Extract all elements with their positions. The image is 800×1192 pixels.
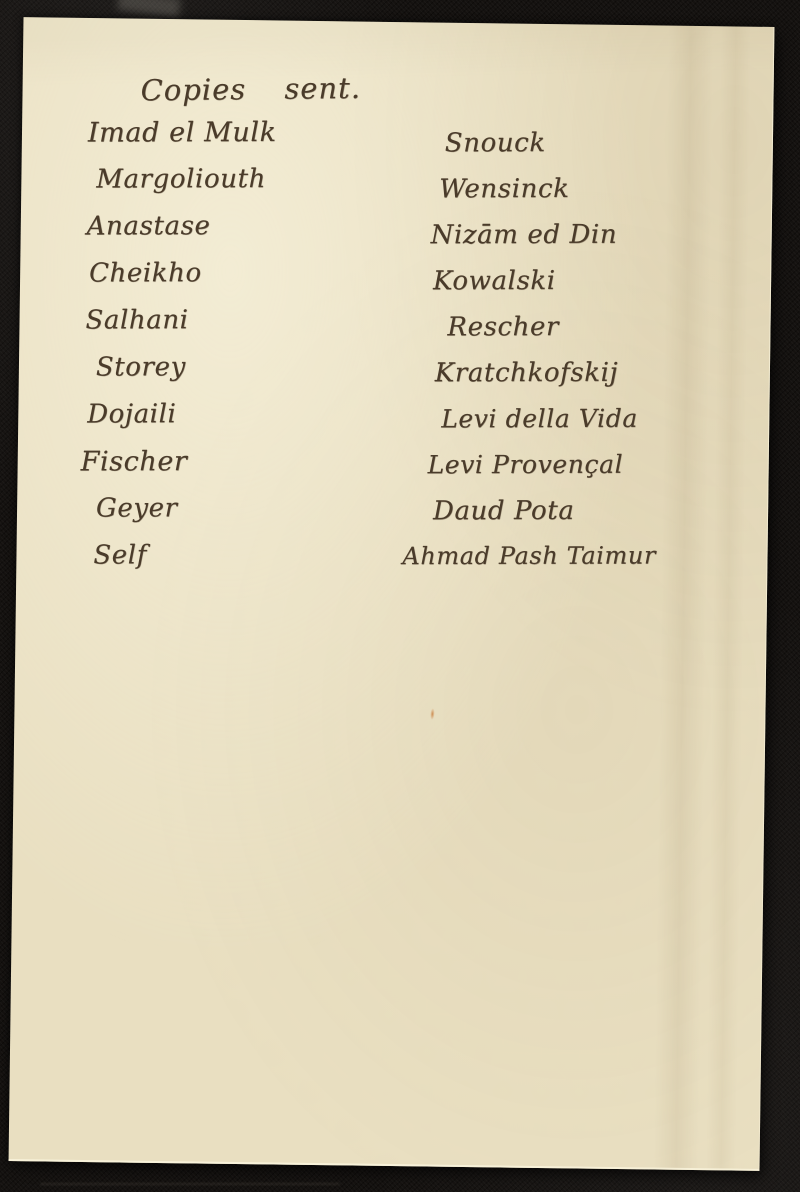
handwritten-name: Rescher [447,312,659,359]
handwritten-name: Salhani [85,305,274,352]
handwritten-name: Margoliouth [96,164,276,211]
left-column: Imad el Mulk Margoliouth Anastase Cheikh… [82,116,277,588]
handwritten-name: Anastase [87,211,276,258]
handwritten-name: Kowalski [433,266,660,313]
scan-background: Copies sent. Imad el Mulk Margoliouth An… [0,0,800,1192]
handwritten-name: Levi Provençal [428,450,658,497]
handwritten-name: Storey [96,352,274,399]
page-title: Copies sent. [140,71,361,107]
handwritten-name: Nizām ed Din [431,220,661,267]
handwritten-name: Dojaili [87,399,273,446]
handwritten-name: Wensinck [439,174,661,221]
background-scratch [40,1183,340,1185]
paper-blemish [430,708,435,719]
handwritten-name: Imad el Mulk [88,117,277,164]
background-smudge [117,0,181,18]
handwritten-name: Snouck [445,128,662,175]
handwritten-name: Fischer [81,446,273,494]
handwritten-name: Self [93,540,271,587]
handwritten-name: Kratchkofskij [435,358,659,405]
handwritten-name: Daud Pota [433,496,657,543]
right-column: Snouck Wensinck Nizām ed Din Kowalski Re… [426,126,662,589]
handwritten-name: Geyer [96,493,272,540]
paper-sheet: Copies sent. Imad el Mulk Margoliouth An… [9,17,775,1171]
handwritten-name: Cheikho [89,258,275,305]
handwritten-name: Ahmad Pash Taimur [402,541,656,588]
handwritten-name: Levi della Vida [441,404,658,451]
